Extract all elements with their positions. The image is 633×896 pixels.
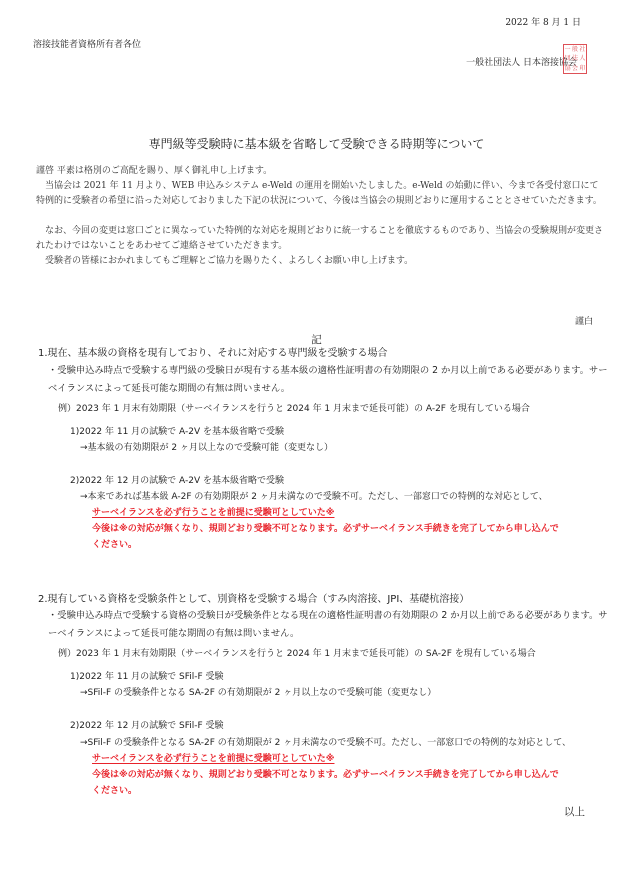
section-1-case-2-result: →本来であれば基本級 A-2F の有効期限が 2 ヶ月未満なので受験不可。ただし…	[80, 491, 548, 503]
section-2-case-2-label: 2)2022 年 12 月の試験で SFil-F 受験	[70, 720, 224, 732]
document-date: 2022 年 8 月 1 日	[505, 17, 581, 29]
section-2-red-note-1: 今後は※の対応が無くなり、規則どおり受験不可となります。必ずサーベイランス手続き…	[92, 768, 559, 783]
seal-char: 協	[564, 64, 571, 73]
closing-kenpaku: 謹白	[575, 316, 593, 328]
seal-char: 会	[571, 64, 578, 73]
underlined-text: サーベイランスを必ず行うことを前提に受験可としていた※	[92, 754, 334, 764]
addressee: 溶接技能者資格所有者各位	[33, 39, 141, 51]
section-1-red-note-1: 今後は※の対応が無くなり、規則どおり受験不可となります。必ずサーベイランス手続き…	[92, 522, 559, 537]
section-2-case-2-result: →SFil-F の受験条件となる SA-2F の有効期限が 2 ヶ月未満なので受…	[80, 737, 571, 749]
issuing-organization: 一般社団法人 日本溶接協会	[466, 57, 577, 69]
section-2-case-1-result: →SFil-F の受験条件となる SA-2F の有効期限が 2 ヶ月以上なので受…	[80, 687, 436, 699]
intro-paragraph-1: 当協会は 2021 年 11 月より、WEB 申込みシステム e-Weld の運…	[36, 179, 606, 209]
section-1-red-underlined: サーベイランスを必ず行うことを前提に受験可としていた※	[92, 506, 334, 521]
section-1-case-2-label: 2)2022 年 12 月の試験で A-2V を基本級省略で受験	[70, 475, 284, 487]
section-1-case-1-result: →基本級の有効期限が 2 ヶ月以上なので受験可能（変更なし）	[80, 442, 333, 454]
ki-marker: 記	[0, 332, 633, 347]
official-seal-icon: 一 般 社 団 法 人 協 会 印	[563, 44, 587, 74]
seal-char: 印	[579, 64, 586, 73]
document-title: 専門級等受験時に基本級を省略して受験できる時期等について	[0, 136, 633, 152]
section-1-case-1-label: 1)2022 年 11 月の試験で A-2V を基本級省略で受験	[70, 426, 284, 438]
section-1-bullet: ・受験申込み時点で受験する専門級の受験日が現有する基本級の適格性証明書の有効期限…	[48, 362, 608, 398]
section-2-heading: 2.現有している資格を受験条件として、別資格を受験する場合（すみ肉溶接、JPI、…	[38, 593, 469, 607]
seal-char: 人	[579, 54, 586, 63]
section-2-red-note-2: ください。	[92, 784, 137, 799]
seal-char: 団	[564, 54, 571, 63]
seal-char: 法	[571, 54, 578, 63]
intro-paragraph-3: 受験者の皆様におかれましてもご理解とご協力を賜りたく、よろしくお願い申し上げます…	[36, 254, 606, 269]
greeting: 謹啓 平素は格別のご高配を賜り、厚く御礼申し上げます。	[36, 164, 606, 179]
intro-paragraph-2: なお、今回の変更は窓口ごとに異なっていた特例的な対応を規則どおりに統一することを…	[36, 224, 606, 254]
section-1-heading: 1.現在、基本級の資格を現有しており、それに対応する専門級を受験する場合	[38, 347, 388, 361]
section-2-bullet: ・受験申込み時点で受験する資格の受験日が受験条件となる現在の適格性証明書の有効期…	[48, 607, 608, 643]
section-2-example: 例）2023 年 1 月末有効期限（サーベイランスを行うと 2024 年 1 月…	[58, 648, 536, 660]
section-1-red-note-2: ください。	[92, 538, 137, 553]
ending-ijou: 以上	[564, 804, 585, 819]
section-2-red-underlined: サーベイランスを必ず行うことを前提に受験可としていた※	[92, 752, 334, 767]
section-2-case-1-label: 1)2022 年 11 月の試験で SFil-F 受験	[70, 671, 224, 683]
seal-char: 社	[579, 45, 586, 54]
underlined-text: サーベイランスを必ず行うことを前提に受験可としていた※	[92, 508, 334, 518]
seal-char: 般	[571, 45, 578, 54]
seal-char: 一	[564, 45, 571, 54]
section-1-example: 例）2023 年 1 月末有効期限（サーベイランスを行うと 2024 年 1 月…	[58, 403, 530, 415]
